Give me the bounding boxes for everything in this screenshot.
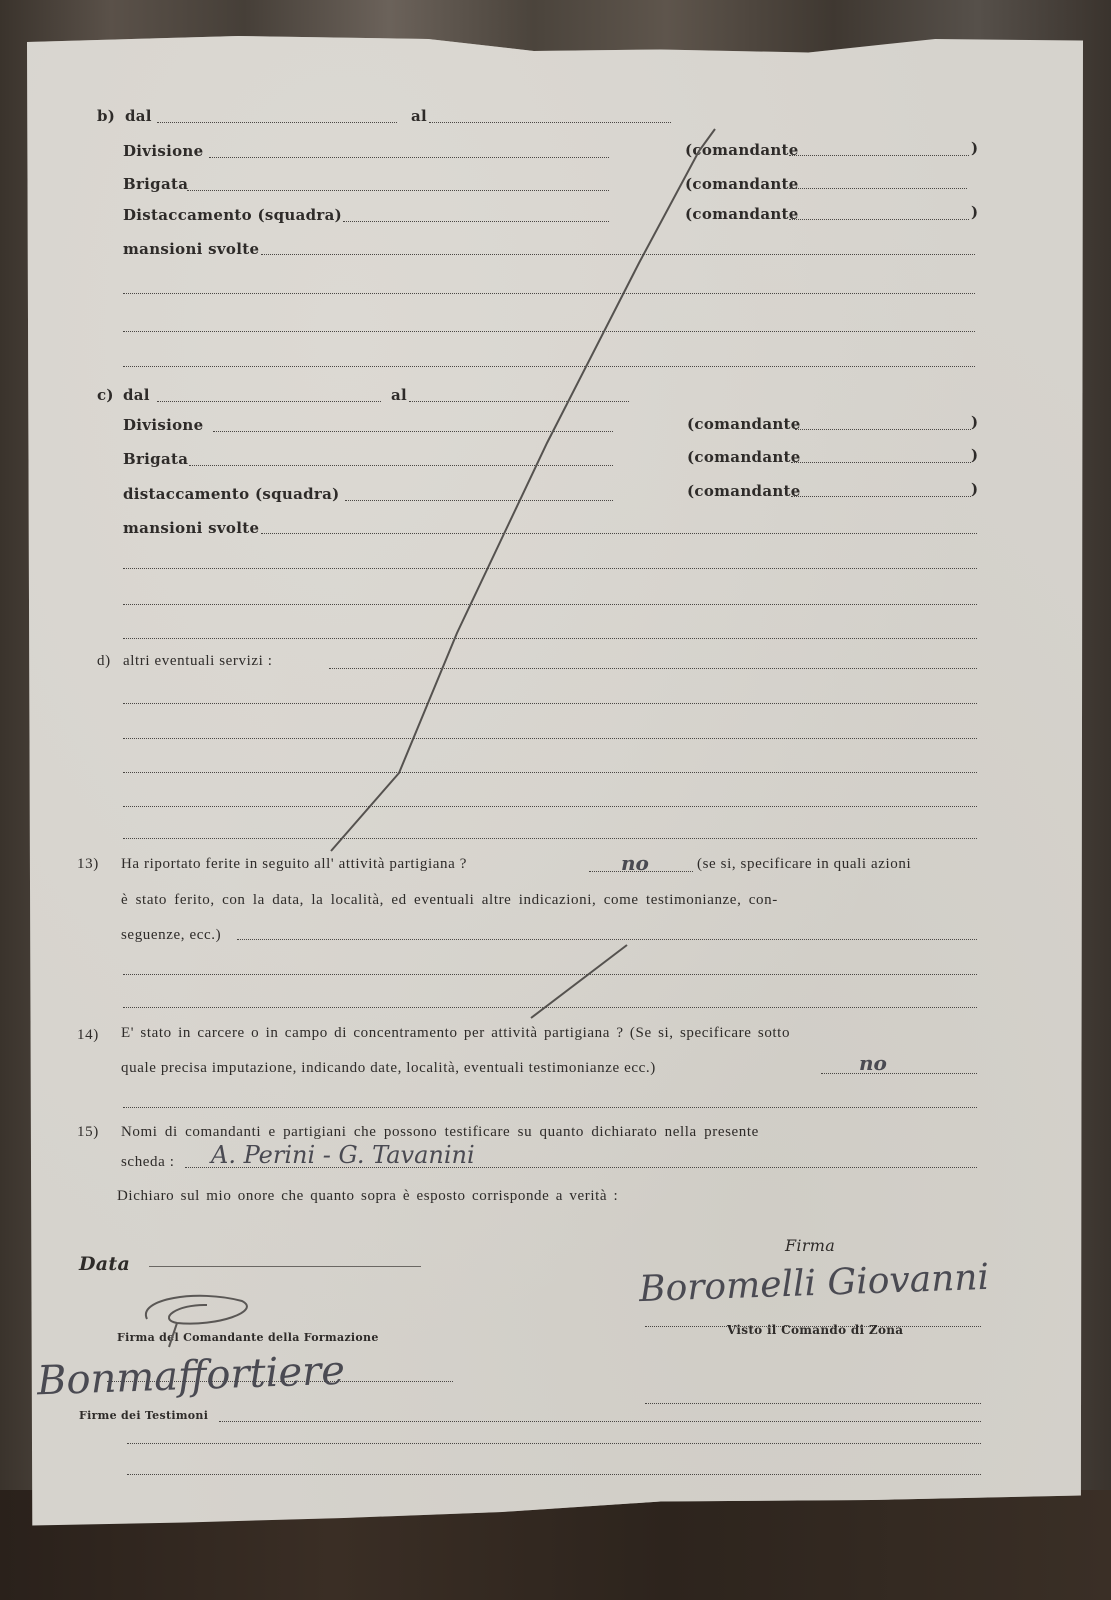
comandante-flourish	[137, 1289, 257, 1349]
visto-comando-zona-label: Visto il Comando di Zona	[727, 1323, 903, 1337]
q13-tail: (se si, specificare in quali azioni	[697, 856, 911, 873]
firma-label: Firma	[785, 1236, 835, 1255]
q13-number: 13)	[77, 856, 99, 873]
q14-line1: E' stato in carcere o in campo di concen…	[121, 1025, 790, 1042]
q13-line3: seguenze, ecc.)	[121, 927, 221, 944]
declaration-text: Dichiaro sul mio onore che quanto sopra …	[117, 1188, 618, 1205]
q13-details-field-2[interactable]	[123, 974, 977, 975]
q14-details-field[interactable]	[123, 1107, 977, 1108]
q15-answer: A. Perini - G. Tavanini	[211, 1141, 475, 1169]
data-label: Data	[79, 1253, 130, 1275]
visto-comando-zona-field-1[interactable]	[645, 1403, 981, 1404]
q14-answer: no	[859, 1051, 887, 1075]
q13-line2: è stato ferito, con la data, la località…	[121, 892, 778, 909]
visto-comando-zona-field-2[interactable]	[127, 1443, 981, 1444]
data-field[interactable]	[149, 1266, 421, 1267]
q13-question: Ha riportato ferite in seguito all' atti…	[121, 856, 467, 873]
testimoni-field-1[interactable]	[219, 1421, 981, 1422]
q15-line2: scheda :	[121, 1154, 175, 1171]
q13-details-field-3[interactable]	[123, 1007, 977, 1008]
form-page: b) dal al Divisione (comandante ) Brigat…	[27, 33, 1083, 1533]
q13-answer: no	[621, 851, 649, 875]
q13-details-field-1[interactable]	[237, 939, 977, 940]
testimoni-label: Firme dei Testimoni	[79, 1409, 208, 1422]
testimoni-field-2[interactable]	[127, 1474, 981, 1475]
q15-line1: Nomi di comandanti e partigiani che poss…	[121, 1124, 759, 1141]
q14-number: 14)	[77, 1027, 99, 1044]
q14-line2: quale precisa imputazione, indicando dat…	[121, 1060, 656, 1077]
q14-answer-field[interactable]	[821, 1073, 977, 1074]
q15-number: 15)	[77, 1124, 99, 1141]
